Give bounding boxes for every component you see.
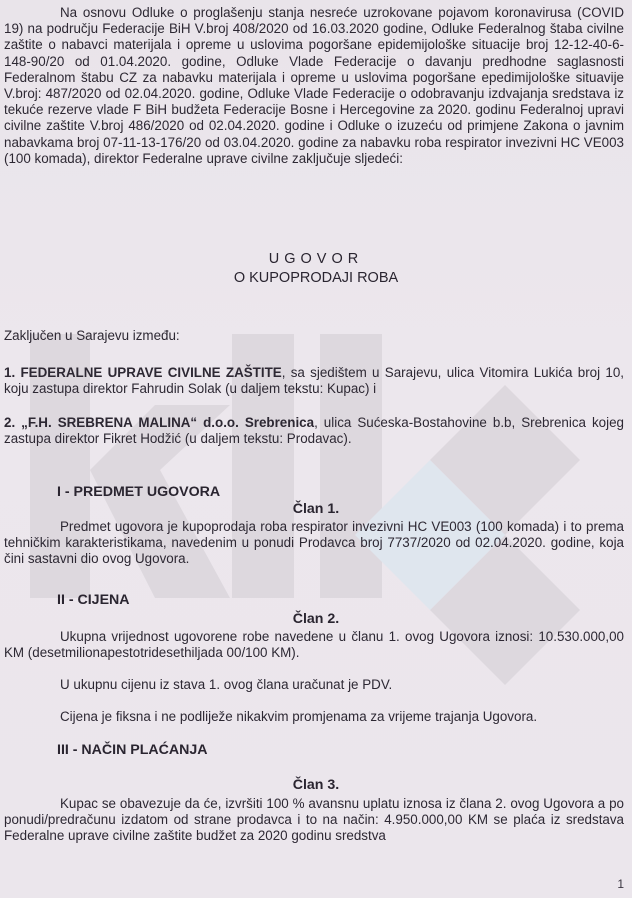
concluded-line: Zaključen u Sarajevu između: [4,328,180,343]
article-2-heading: Član 2. [0,611,632,627]
document-page: Na osnovu Odluke o proglašenju stanja ne… [0,0,632,898]
article-1-text: Predmet ugovora je kupoprodaja roba resp… [4,519,624,566]
document-subtitle: O KUPOPRODAJI ROBA [0,270,632,286]
party-1-name: 1. FEDERALNE UPRAVE CIVILNE ZAŠTITE [4,365,282,380]
article-3-heading: Član 3. [0,777,632,793]
article-3-paragraph: Kupac se obavezuje da će, izvršiti 100 %… [4,796,624,845]
section-heading-2: II - CIJENA [57,592,130,608]
article-1-heading: Član 1. [0,501,632,517]
article-2-paragraph-2: U ukupnu cijenu iz stava 1. ovog člana u… [60,677,392,692]
article-1-paragraph: Predmet ugovora je kupoprodaja roba resp… [4,519,624,568]
article-2-paragraph-1: Ukupna vrijednost ugovorene robe naveden… [4,629,624,661]
article-2-text-1: Ukupna vrijednost ugovorene robe naveden… [4,629,624,660]
party-2: 2. „F.H. SREBRENA MALINA“ d.o.o. Srebren… [4,415,624,447]
article-2-paragraph-3: Cijena je fiksna i ne podliježe nikakvim… [60,709,537,724]
document-title: UGOVOR [0,251,632,267]
party-1: 1. FEDERALNE UPRAVE CIVILNE ZAŠTITE, sa … [4,365,624,397]
preamble-text: Na osnovu Odluke o proglašenju stanja ne… [4,5,624,166]
section-heading-1: I - PREDMET UGOVORA [57,484,220,500]
section-heading-3: III - NAČIN PLAĆANJA [57,742,208,758]
party-2-name: 2. „F.H. SREBRENA MALINA“ d.o.o. Srebren… [4,415,314,430]
preamble-paragraph: Na osnovu Odluke o proglašenju stanja ne… [4,5,624,167]
article-3-text: Kupac se obavezuje da će, izvršiti 100 %… [4,796,624,843]
page-number: 1 [617,877,624,891]
